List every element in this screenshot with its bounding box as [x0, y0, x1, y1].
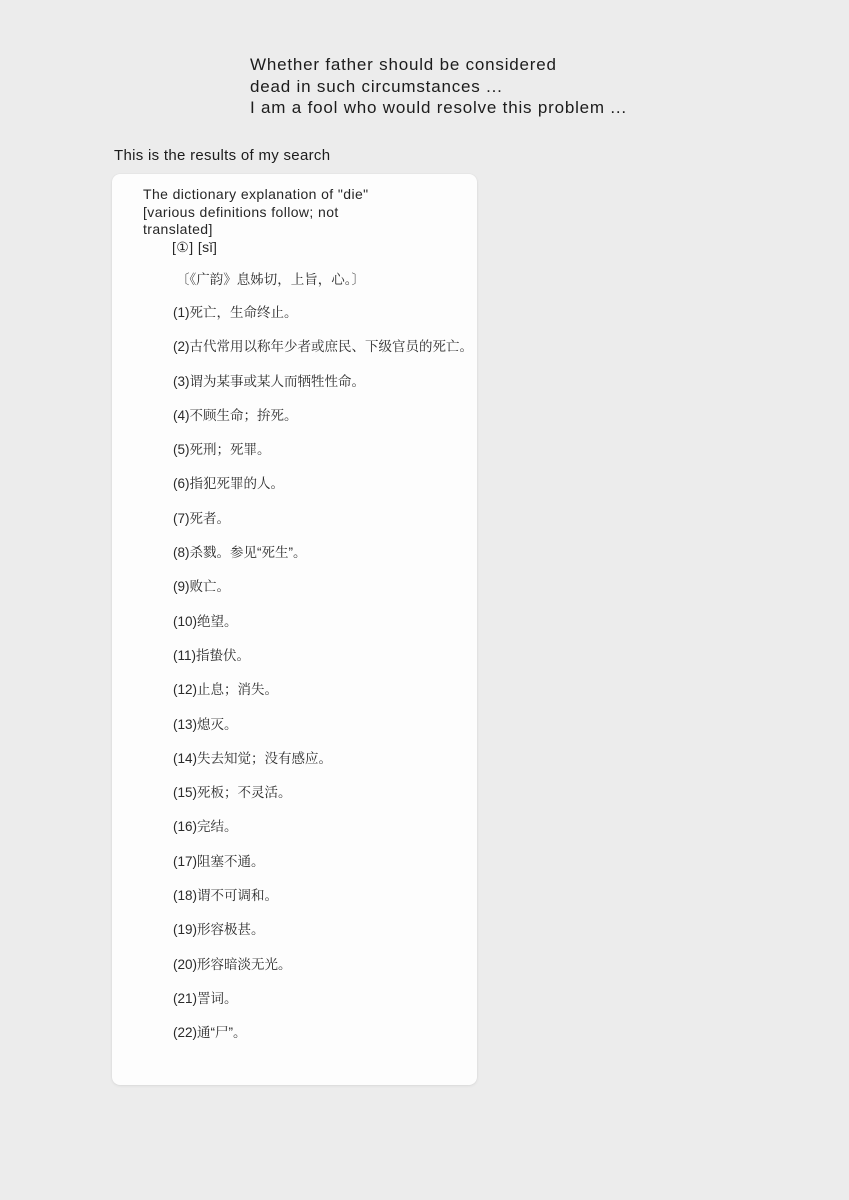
search-caption: This is the results of my search — [114, 147, 330, 164]
definition-item: (5)死刑；死罪。 — [173, 443, 465, 458]
definition-item: (2)古代常用以称年少者或庶民、下级官员的死亡。 — [173, 340, 465, 355]
definition-item: (8)杀戮。参见“死生”。 — [173, 546, 465, 561]
narration-line: Whether father should be considered — [250, 54, 627, 76]
page: { "colors": { "background": "#ececec", "… — [0, 0, 849, 1200]
definition-item: (6)指犯死罪的人。 — [173, 477, 465, 492]
definition-item: (12)止息；消失。 — [173, 683, 465, 698]
definition-item: (16)完结。 — [173, 820, 465, 835]
definition-item: (17)阻塞不通。 — [173, 855, 465, 870]
definition-item: (15)死板；不灵活。 — [173, 786, 465, 801]
pronunciation-fanqie: 〔《广韵》息姊切，上旨，心。〕 — [176, 273, 477, 287]
definition-item: (10)绝望。 — [173, 615, 465, 630]
definition-item: (20)形容暗淡无光。 — [173, 958, 465, 973]
card-title: The dictionary explanation of "die" — [143, 186, 459, 204]
definition-item: (21)詈词。 — [173, 992, 465, 1007]
definition-item: (4)不顾生命；拚死。 — [173, 409, 465, 424]
definition-item: (22)通“尸”。 — [173, 1026, 465, 1041]
definition-item: (13)熄灭。 — [173, 718, 465, 733]
definition-item: (14)失去知觉；没有感应。 — [173, 752, 465, 767]
narration-text: Whether father should be considered dead… — [250, 54, 627, 119]
definition-item: (18)谓不可调和。 — [173, 889, 465, 904]
definition-item: (9)败亡。 — [173, 580, 465, 595]
narration-line: dead in such circumstances ... — [250, 76, 627, 98]
definition-item: (19)形容极甚。 — [173, 923, 465, 938]
definition-item: (7)死者。 — [173, 512, 465, 527]
definition-item: (11)指蛰伏。 — [173, 649, 465, 664]
card-header: The dictionary explanation of "die" [var… — [143, 186, 459, 239]
definition-item: (1)死亡，生命终止。 — [173, 306, 465, 321]
definition-item: (3)谓为某事或某人而牺牲性命。 — [173, 375, 465, 390]
translator-note: [various definitions follow; not transla… — [143, 204, 459, 239]
translator-note-line: [various definitions follow; not — [143, 204, 459, 222]
dictionary-result-card: The dictionary explanation of "die" [var… — [112, 174, 477, 1085]
entry-index-pinyin: [①] [sǐ] — [172, 239, 477, 257]
narration-line: I am a fool who would resolve this probl… — [250, 97, 627, 119]
translator-note-line: translated] — [143, 221, 459, 239]
definitions-list: (1)死亡，生命终止。 (2)古代常用以称年少者或庶民、下级官员的死亡。 (3)… — [173, 306, 465, 1041]
